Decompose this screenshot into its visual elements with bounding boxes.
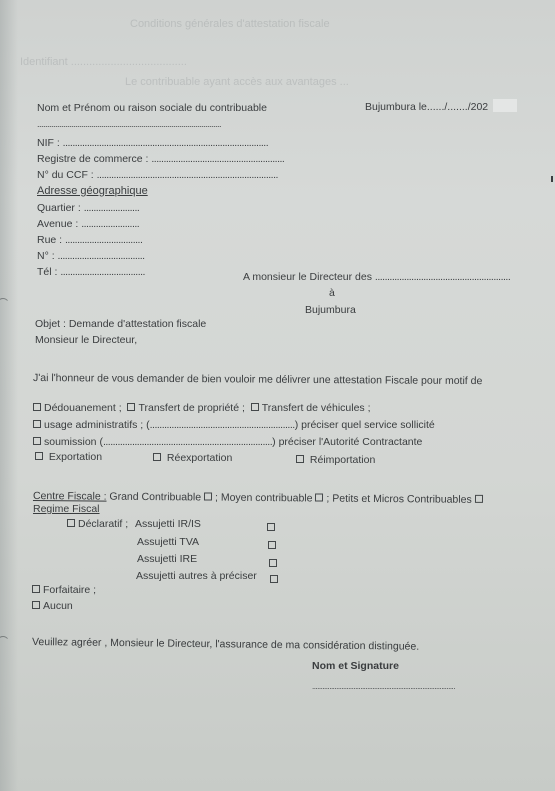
numero-field[interactable]: N° : ...................................… (37, 250, 145, 263)
rue-dots: ................................ (65, 234, 142, 246)
dedouanement-label: Dédouanement ; (44, 402, 122, 414)
bleed-through-text: Le contribuable ayant accès aux avantage… (125, 76, 349, 88)
soumission-dots[interactable]: ........................................… (103, 436, 272, 448)
registre-commerce-label: Registre de commerce : (37, 153, 151, 165)
contributor-name-field[interactable]: ........................................… (37, 118, 221, 131)
usage-administratifs-dots[interactable]: ........................................… (150, 419, 295, 431)
paper-speck (551, 176, 553, 182)
usage-administratifs-option[interactable]: usage administratifs ; (................… (33, 419, 435, 432)
recipient-a: à (329, 287, 335, 300)
exportation-label: Exportation (49, 451, 102, 463)
forfaitaire-checkbox[interactable] (32, 585, 40, 593)
ccf-dots: ........................................… (97, 169, 278, 181)
petits-micros-contribuables-label: ; Petits et Micros Contribuables (326, 493, 471, 506)
recipient-label: A monsieur le Directeur des (243, 271, 375, 283)
exportation-option[interactable]: Exportation (35, 451, 102, 464)
forfaitaire-option[interactable]: Forfaitaire ; (32, 584, 96, 597)
paper-curl-mark (0, 636, 10, 652)
moyen-contribuable-label: ; Moyen contribuable (215, 492, 313, 505)
signature-label: Nom et Signature (312, 660, 399, 673)
letter-closing: Veuillez agréer , Monsieur le Directeur,… (32, 636, 419, 654)
rue-field[interactable]: Rue : ................................ (37, 234, 142, 247)
petits-micros-contribuables-checkbox[interactable] (475, 495, 483, 503)
bleed-through-text: Identifiant ............................… (20, 56, 187, 68)
forfaitaire-label: Forfaitaire ; (43, 584, 96, 596)
letter-salutation: Monsieur le Directeur, (35, 334, 137, 347)
assujetti-ir-is-checkbox[interactable] (267, 523, 275, 531)
grand-contribuable-label: Grand Contribuable (109, 491, 201, 504)
date-line[interactable]: Bujumbura le....../......./202 (365, 101, 488, 114)
address-section-title: Adresse géographique (37, 185, 148, 198)
contributor-name-label: Nom et Prénom ou raison sociale du contr… (37, 102, 267, 115)
signature-field[interactable]: ........................................… (312, 680, 455, 693)
grand-contribuable-checkbox[interactable] (204, 493, 212, 501)
quartier-label: Quartier : (37, 202, 84, 214)
rue-label: Rue : (37, 234, 65, 246)
recipient-city: Bujumbura (305, 304, 356, 317)
moyen-contribuable-checkbox[interactable] (315, 494, 323, 502)
aucun-checkbox[interactable] (32, 601, 40, 609)
assujetti-ire-label: Assujetti IRE (137, 553, 197, 566)
assujetti-tva-checkbox[interactable] (268, 541, 276, 549)
quartier-dots: ....................... (84, 202, 140, 214)
numero-dots: .................................... (58, 250, 145, 262)
reimportation-checkbox[interactable] (296, 455, 304, 463)
redacted-year-digit (493, 99, 517, 112)
assujetti-autres-label: Assujetti autres à préciser (136, 570, 257, 583)
reexportation-label: Réexportation (167, 452, 232, 464)
regime-fiscal-label: Regime Fiscal (33, 503, 100, 516)
reexportation-option[interactable]: Réexportation (153, 452, 232, 465)
exportation-checkbox[interactable] (35, 452, 43, 460)
registre-commerce-dots: ........................................… (151, 153, 284, 165)
bleed-through-text: Conditions générales d'attestation fisca… (130, 18, 330, 30)
reimportation-label: Réimportation (310, 454, 375, 466)
declaratif-option[interactable]: Déclaratif ; (67, 518, 128, 531)
registre-commerce-field[interactable]: Registre de commerce : .................… (37, 153, 284, 166)
avenue-field[interactable]: Avenue : ........................ (37, 218, 139, 231)
ccf-field[interactable]: N° du CCF : ............................… (37, 169, 278, 182)
scanned-form-page: Conditions générales d'attestation fisca… (0, 0, 555, 791)
transfert-propriete-label: Transfert de propriété ; (138, 402, 244, 414)
usage-administratifs-label: usage administratifs ; ( (44, 419, 150, 431)
paper-curl-mark (0, 298, 10, 314)
dedouanement-option[interactable]: Dédouanement ; (33, 402, 122, 414)
soumission-checkbox[interactable] (33, 437, 41, 445)
recipient-dots: ........................................… (375, 271, 510, 283)
transfert-vehicules-option[interactable]: Transfert de véhicules ; (251, 402, 371, 414)
transfert-propriete-option[interactable]: Transfert de propriété ; (127, 402, 244, 414)
avenue-dots: ........................ (81, 218, 139, 230)
aucun-label: Aucun (43, 600, 73, 612)
soumission-option[interactable]: soumission (............................… (33, 436, 422, 449)
assujetti-autres-checkbox[interactable] (270, 575, 278, 583)
reexportation-checkbox[interactable] (153, 453, 161, 461)
telephone-label: Tél : (37, 266, 60, 278)
declaratif-checkbox[interactable] (67, 519, 75, 527)
reimportation-option[interactable]: Réimportation (296, 454, 375, 467)
nif-label: NIF : (37, 137, 63, 149)
aucun-option[interactable]: Aucun (32, 600, 73, 613)
soumission-suffix: ) préciser l'Autorité Contractante (272, 436, 422, 448)
assujetti-tva-label: Assujetti TVA (137, 536, 199, 549)
assujetti-ire-checkbox[interactable] (269, 559, 277, 567)
quartier-field[interactable]: Quartier : ....................... (37, 202, 139, 215)
centre-fiscale-row: Centre Fiscale : Grand Contribuable ; Mo… (33, 490, 486, 507)
telephone-field[interactable]: Tél : ..................................… (37, 266, 145, 279)
nif-dots: ........................................… (63, 137, 268, 149)
centre-fiscale-label: Centre Fiscale : (33, 490, 107, 503)
transfert-vehicules-checkbox[interactable] (251, 403, 259, 411)
motif-row-1: Dédouanement ; Transfert de propriété ; … (33, 402, 371, 415)
letter-subject: Objet : Demande d'attestation fiscale (35, 318, 206, 331)
declaratif-label: Déclaratif ; (78, 518, 128, 530)
avenue-label: Avenue : (37, 218, 81, 230)
telephone-dots: ................................... (60, 266, 145, 278)
transfert-vehicules-label: Transfert de véhicules ; (262, 402, 371, 414)
numero-label: N° : (37, 250, 58, 262)
dedouanement-checkbox[interactable] (33, 403, 41, 411)
letter-intro: J'ai l'honneur de vous demander de bien … (33, 372, 482, 388)
recipient-line[interactable]: A monsieur le Directeur des ............… (243, 271, 510, 284)
soumission-label: soumission ( (44, 436, 103, 448)
assujetti-ir-is-label: Assujetti IR/IS (135, 518, 201, 531)
nif-field[interactable]: NIF : ..................................… (37, 137, 268, 150)
transfert-propriete-checkbox[interactable] (127, 403, 135, 411)
usage-administratifs-suffix: ) préciser quel service sollicité (295, 419, 435, 431)
ccf-label: N° du CCF : (37, 169, 97, 181)
usage-administratifs-checkbox[interactable] (33, 420, 41, 428)
